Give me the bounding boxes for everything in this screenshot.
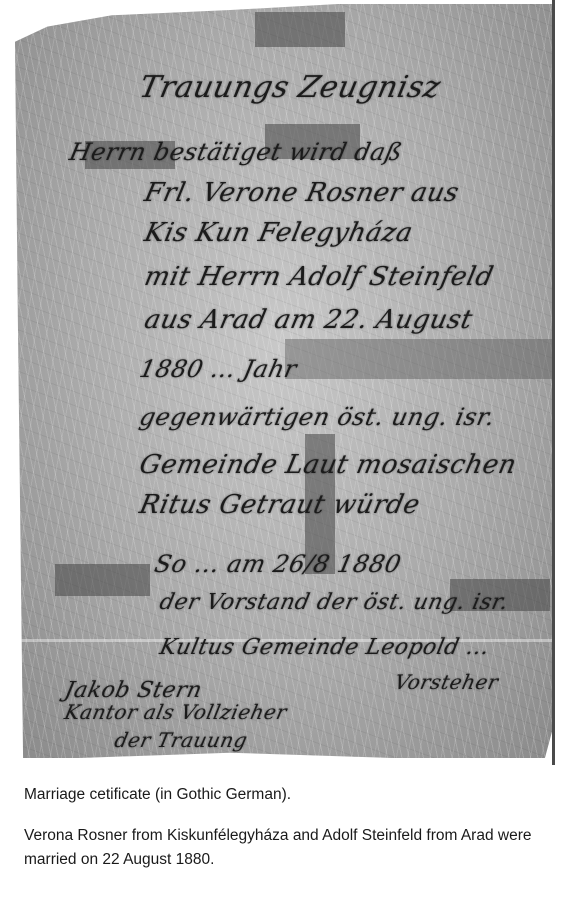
handwriting-line: 1880 ... Jahr [137, 355, 300, 383]
tape-patch [255, 12, 345, 47]
scan-border [552, 0, 555, 765]
handwriting-line: mit Herrn Adolf Steinfeld [142, 262, 496, 292]
handwriting-line: So ... am 26/8 1880 [152, 550, 404, 578]
handwriting-line: Kantor als Vollzieher [62, 700, 289, 724]
handwriting-line: gegenwärtigen öst. ung. isr. [137, 403, 497, 431]
handwriting-line: aus Arad am 22. August [142, 305, 476, 335]
handwriting-line: Herrn bestätiget wird daß [67, 138, 405, 166]
handwriting-line: der Vorstand der öst. ung. isr. [157, 590, 510, 615]
handwriting-line: Gemeinde Laut mosaischen [137, 450, 519, 480]
handwriting-line: Frl. Verone Rosner aus [142, 178, 462, 208]
handwriting-line: Trauungs Zeugnisz [136, 70, 444, 105]
handwriting-line: Vorsteher [392, 670, 500, 694]
handwriting-line: Kis Kun Felegyháza [142, 218, 416, 248]
handwriting-line: Kultus Gemeinde Leopold ... [157, 635, 491, 660]
handwriting-line: Ritus Getraut würde [137, 490, 423, 520]
tape-patch [285, 339, 555, 379]
tape-patch [55, 564, 150, 596]
handwriting-line: der Trauung [112, 728, 249, 752]
caption-title: Marriage cetificate (in Gothic German). [24, 783, 291, 807]
caption-body: Verona Rosner from Kiskunfélegyháza and … [24, 824, 569, 872]
